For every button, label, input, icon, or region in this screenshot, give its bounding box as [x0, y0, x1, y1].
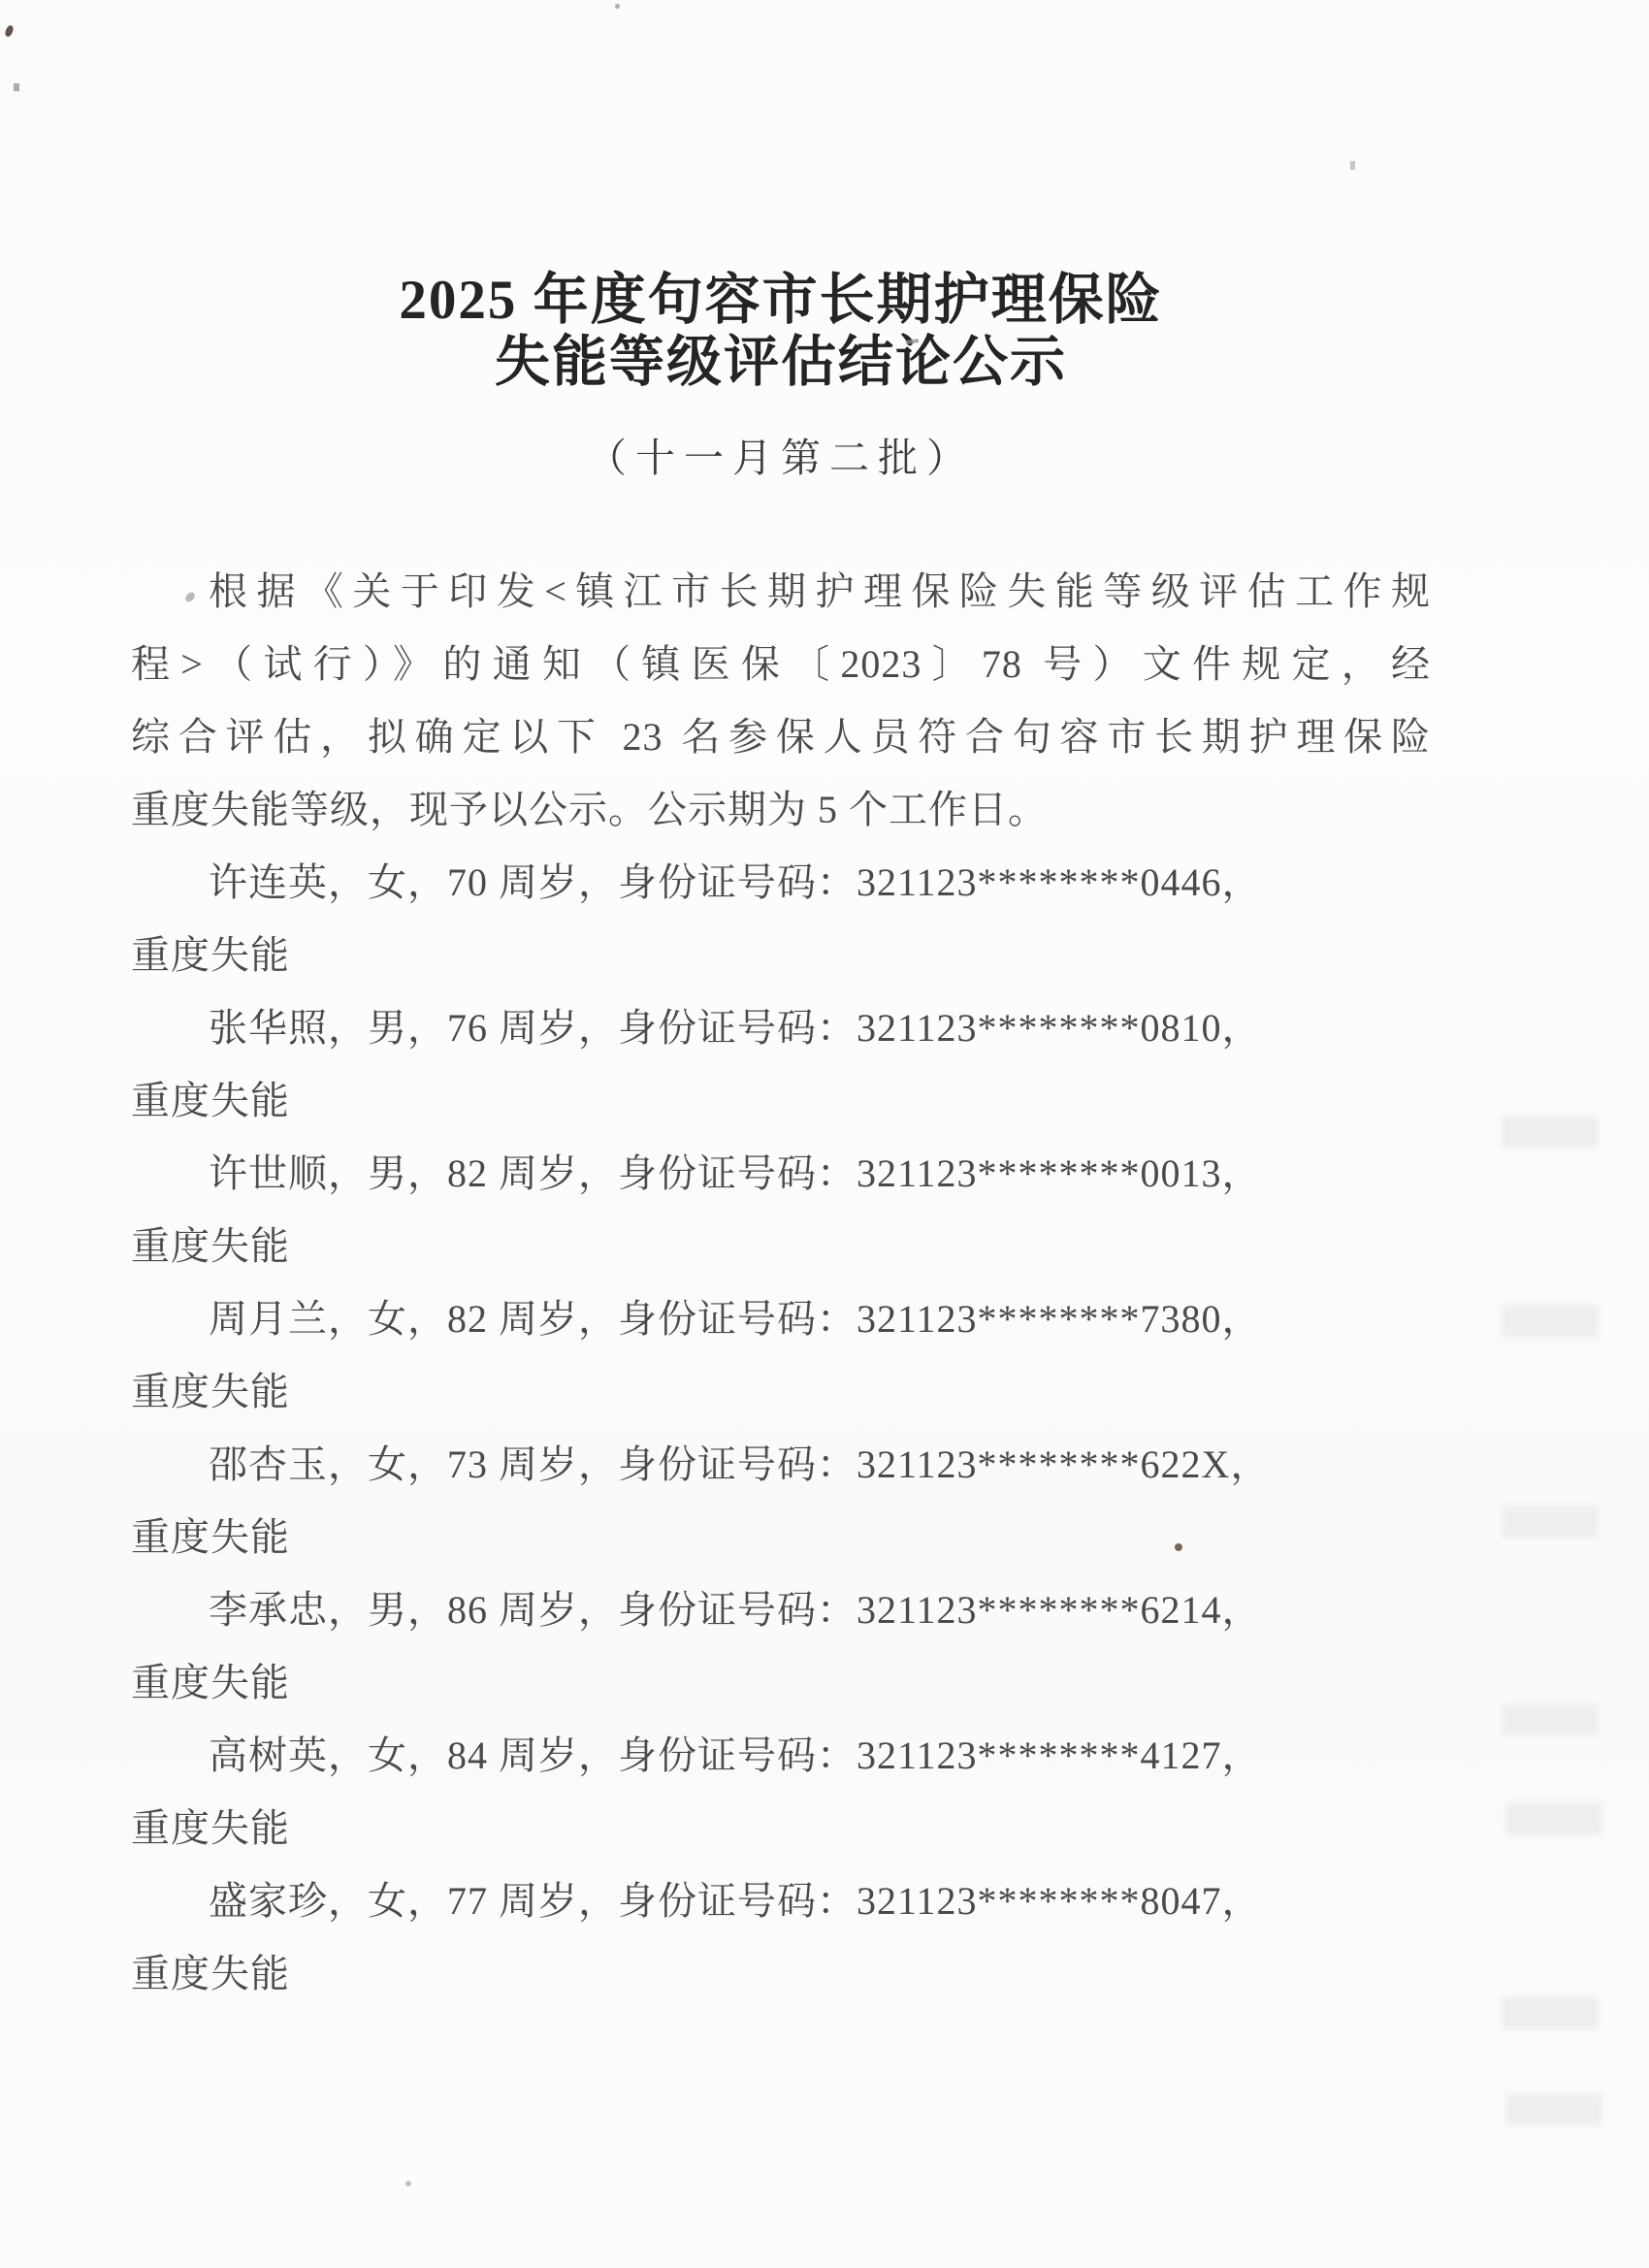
entry-detail-line: 邵杏玉，女，73 周岁，身份证号码：321123********622X， [131, 1428, 1431, 1501]
entry-detail-line: 张华照，男，76 周岁，身份证号码：321123********0810， [131, 991, 1431, 1064]
separator: ， [578, 1733, 618, 1777]
entry-grade: 重度失能 [131, 1792, 1431, 1864]
entry-age: 73 周岁 [447, 1442, 578, 1486]
entry-id-number: 321123********8047 [857, 1879, 1222, 1923]
separator: ， [407, 1733, 447, 1777]
separator: ， [407, 1588, 447, 1632]
ghost-text-patch [1505, 1802, 1602, 1835]
intro-line-4: 重度失能等级，现予以公示。公示期为 5 个工作日。 [131, 773, 1431, 846]
separator: ， [328, 1151, 368, 1195]
separator: ， [578, 1297, 618, 1341]
ghost-text-patch [1502, 1305, 1599, 1338]
entry-detail-line: 许连英，女，70 周岁，身份证号码：321123********0446， [131, 846, 1431, 919]
separator: ， [1222, 1879, 1262, 1923]
document-subtitle: （十一月第二批） [131, 431, 1431, 485]
entry-gender: 女 [368, 1297, 407, 1341]
entry-item: 邵杏玉，女，73 周岁，身份证号码：321123********622X， 重度… [131, 1428, 1431, 1573]
id-label: 身份证号码： [618, 1442, 857, 1486]
entry-id-number: 321123********6214 [857, 1588, 1222, 1632]
entry-detail-line: 许世顺，男，82 周岁，身份证号码：321123********0013， [131, 1137, 1431, 1210]
separator: ， [1222, 1151, 1262, 1195]
id-label: 身份证号码： [618, 1151, 857, 1195]
separator: ， [578, 860, 618, 904]
entry-gender: 女 [368, 1442, 407, 1486]
entry-list: 许连英，女，70 周岁，身份证号码：321123********0446， 重度… [131, 846, 1431, 2010]
entry-detail-line: 李承忠，男，86 周岁，身份证号码：321123********6214， [131, 1573, 1431, 1646]
entry-id-number: 321123********622X [857, 1442, 1230, 1486]
entry-id-number: 321123********0810 [857, 1006, 1222, 1050]
entry-name: 许连英 [209, 860, 328, 904]
title-line-1: 2025 年度句容市长期护理保险 [131, 270, 1431, 332]
separator: ， [407, 1006, 447, 1050]
entry-name: 张华照 [209, 1006, 328, 1050]
entry-item: 许连英，女，70 周岁，身份证号码：321123********0446， 重度… [131, 846, 1431, 991]
id-label: 身份证号码： [618, 1588, 857, 1632]
separator: ， [407, 1151, 447, 1195]
scan-speck [4, 24, 15, 38]
intro-line-2: 程>（试行）》的通知（镇医保〔2023〕78 号）文件规定，经 [131, 628, 1431, 700]
entry-name: 盛家珍 [209, 1879, 328, 1923]
entry-gender: 男 [368, 1151, 407, 1195]
entry-age: 76 周岁 [447, 1006, 578, 1050]
entry-item: 周月兰，女，82 周岁，身份证号码：321123********7380， 重度… [131, 1282, 1431, 1428]
separator: ， [1222, 1588, 1262, 1632]
separator: ， [328, 1588, 368, 1632]
separator: ， [328, 1733, 368, 1777]
entry-detail-line: 盛家珍，女，77 周岁，身份证号码：321123********8047， [131, 1864, 1431, 1937]
scan-speck [405, 2181, 411, 2187]
entry-id-number: 321123********4127 [857, 1733, 1222, 1777]
entry-age: 77 周岁 [447, 1879, 578, 1923]
ghost-text-patch [1505, 2093, 1602, 2126]
entry-grade: 重度失能 [131, 1355, 1431, 1428]
separator: ， [1222, 1297, 1262, 1341]
entry-item: 张华照，男，76 周岁，身份证号码：321123********0810， 重度… [131, 991, 1431, 1137]
separator: ， [328, 1006, 368, 1050]
separator: ， [407, 1879, 447, 1923]
id-label: 身份证号码： [618, 1733, 857, 1777]
intro-line-3: 综合评估，拟确定以下 23 名参保人员符合句容市长期护理保险 [131, 700, 1431, 773]
entry-name: 许世顺 [209, 1151, 328, 1195]
entry-detail-line: 周月兰，女，82 周岁，身份证号码：321123********7380， [131, 1282, 1431, 1355]
entry-gender: 女 [368, 1879, 407, 1923]
separator: ， [578, 1442, 618, 1486]
entry-gender: 男 [368, 1588, 407, 1632]
separator: ， [407, 1297, 447, 1341]
ghost-text-patch [1502, 1703, 1599, 1736]
entry-grade: 重度失能 [131, 1501, 1431, 1573]
entry-id-number: 321123********0013 [857, 1151, 1222, 1195]
entry-age: 70 周岁 [447, 860, 578, 904]
entry-grade: 重度失能 [131, 1646, 1431, 1719]
document-content: 2025 年度句容市长期护理保险 失能等级评估结论公示 （十一月第二批） 根据《… [131, 0, 1431, 2010]
entry-grade: 重度失能 [131, 1064, 1431, 1137]
id-label: 身份证号码： [618, 860, 857, 904]
intro-paragraph: 根据《关于印发<镇江市长期护理保险失能等级评估工作规 程>（试行）》的通知（镇医… [131, 555, 1431, 846]
entry-grade: 重度失能 [131, 919, 1431, 991]
entry-age: 86 周岁 [447, 1588, 578, 1632]
intro-line-1: 根据《关于印发<镇江市长期护理保险失能等级评估工作规 [131, 555, 1431, 628]
id-label: 身份证号码： [618, 1297, 857, 1341]
id-label: 身份证号码： [618, 1006, 857, 1050]
entry-age: 82 周岁 [447, 1297, 578, 1341]
separator: ， [578, 1879, 618, 1923]
entry-name: 李承忠 [209, 1588, 328, 1632]
entry-name: 周月兰 [209, 1297, 328, 1341]
separator: ， [578, 1006, 618, 1050]
id-label: 身份证号码： [618, 1879, 857, 1923]
ghost-text-patch [1502, 1996, 1599, 2029]
entry-item: 盛家珍，女，77 周岁，身份证号码：321123********8047， 重度… [131, 1864, 1431, 2010]
entry-item: 许世顺，男，82 周岁，身份证号码：321123********0013， 重度… [131, 1137, 1431, 1282]
entry-item: 李承忠，男，86 周岁，身份证号码：321123********6214， 重度… [131, 1573, 1431, 1719]
entry-gender: 女 [368, 860, 407, 904]
entry-grade: 重度失能 [131, 1937, 1431, 2010]
separator: ， [1222, 1006, 1262, 1050]
separator: ， [407, 1442, 447, 1486]
entry-detail-line: 高树英，女，84 周岁，身份证号码：321123********4127， [131, 1719, 1431, 1792]
ghost-text-patch [1502, 1116, 1599, 1149]
entry-gender: 女 [368, 1733, 407, 1777]
entry-item: 高树英，女，84 周岁，身份证号码：321123********4127， 重度… [131, 1719, 1431, 1864]
separator: ， [1222, 1733, 1262, 1777]
entry-age: 84 周岁 [447, 1733, 578, 1777]
separator: ， [328, 1442, 368, 1486]
entry-name: 邵杏玉 [209, 1442, 328, 1486]
title-line-2: 失能等级评估结论公示 [131, 332, 1431, 394]
separator: ， [328, 860, 368, 904]
scanned-document-page: 2025 年度句容市长期护理保险 失能等级评估结论公示 （十一月第二批） 根据《… [0, 0, 1649, 2268]
entry-name: 高树英 [209, 1733, 328, 1777]
document-title: 2025 年度句容市长期护理保险 失能等级评估结论公示 [131, 270, 1431, 394]
entry-gender: 男 [368, 1006, 407, 1050]
separator: ， [328, 1879, 368, 1923]
scan-speck [14, 83, 19, 91]
separator: ， [407, 860, 447, 904]
separator: ， [1230, 1442, 1270, 1486]
separator: ， [328, 1297, 368, 1341]
entry-grade: 重度失能 [131, 1210, 1431, 1282]
separator: ， [578, 1151, 618, 1195]
ghost-text-patch [1502, 1506, 1599, 1539]
entry-id-number: 321123********0446 [857, 860, 1222, 904]
entry-id-number: 321123********7380 [857, 1297, 1222, 1341]
separator: ， [578, 1588, 618, 1632]
entry-age: 82 周岁 [447, 1151, 578, 1195]
separator: ， [1222, 860, 1262, 904]
